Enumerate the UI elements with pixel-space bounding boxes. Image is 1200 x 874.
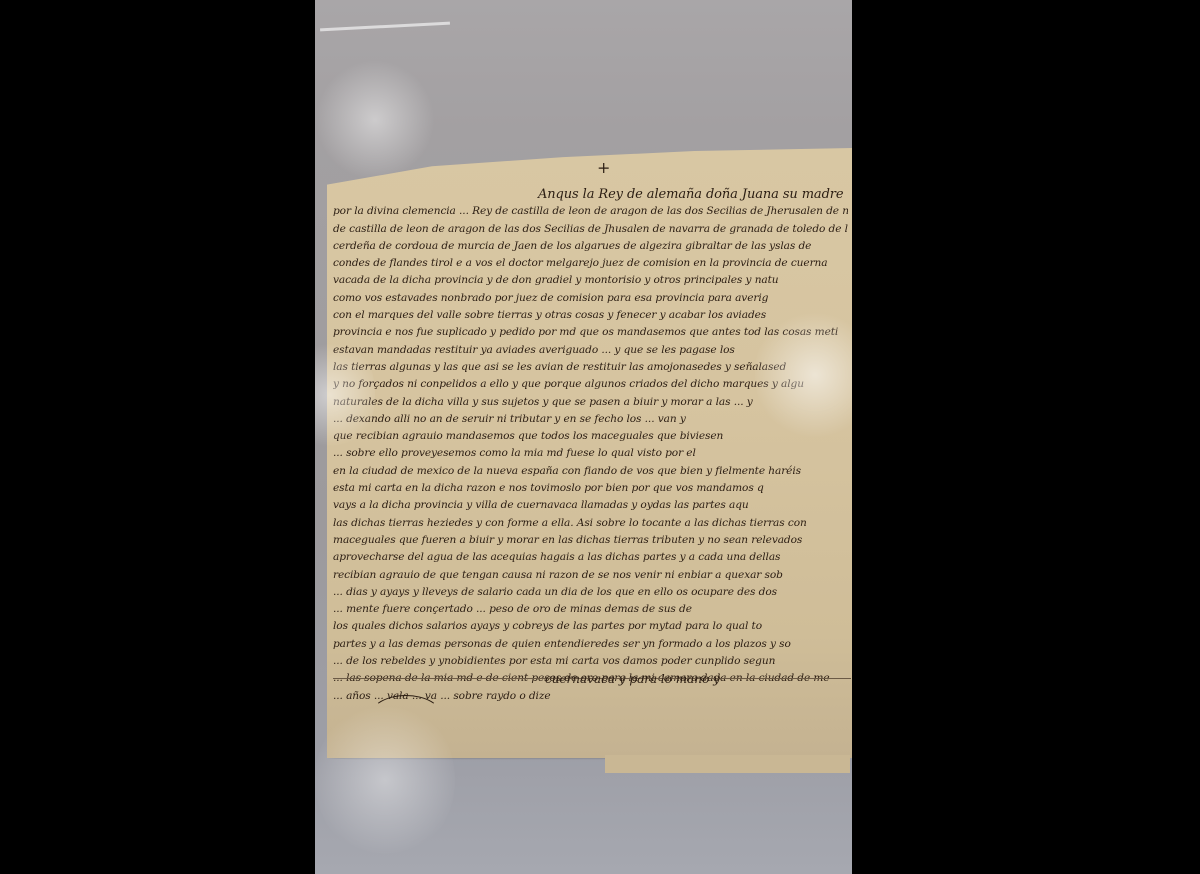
- manuscript-line: que recibian agrauio mandasemos que todo…: [333, 428, 848, 445]
- manuscript-line: ... mente fuere conçertado ... peso de o…: [333, 601, 848, 618]
- manuscript-line: cerdeña de cordoua de murcia de Jaen de …: [333, 238, 848, 255]
- manuscript-line: Anqus la Rey de alemaña doña Juana su ma…: [333, 186, 848, 203]
- manuscript-text: Anqus la Rey de alemaña doña Juana su ma…: [333, 186, 848, 705]
- manuscript-line: como vos estavades nonbrado por juez de …: [333, 290, 848, 307]
- glass-reflection: [320, 22, 450, 32]
- manuscript-line: por la divina clemencia ... Rey de casti…: [333, 203, 848, 220]
- manuscript-line: esta mi carta en la dicha razon e nos to…: [333, 480, 848, 497]
- manuscript-line: recibian agrauio de que tengan causa ni …: [333, 567, 848, 584]
- display-case-glass: + Anqus la Rey de alemaña doña Juana su …: [315, 0, 852, 874]
- manuscript-line: de castilla de leon de aragon de las dos…: [333, 221, 848, 238]
- glass-glare: [315, 60, 435, 180]
- manuscript-line: vays a la dicha provincia y villa de cue…: [333, 497, 848, 514]
- manuscript-line: condes de flandes tirol e a vos el docto…: [333, 255, 848, 272]
- manuscript-line: con el marques del valle sobre tierras y…: [333, 307, 848, 324]
- manuscript-line: las dichas tierras heziedes y con forme …: [333, 515, 848, 532]
- manuscript-line: ... dias y ayays y lleveys de salario ca…: [333, 584, 848, 601]
- paper-torn-edge: [605, 755, 850, 773]
- manuscript-line: maceguales que fueren a biuir y morar en…: [333, 532, 848, 549]
- manuscript-line: aprovecharse del agua de las acequias ha…: [333, 549, 848, 566]
- manuscript-line: ... sobre ello proveyesemos como la mia …: [333, 445, 848, 462]
- cross-mark-icon: +: [597, 158, 610, 177]
- manuscript-line: ... de los rebeldes y ynobidientes por e…: [333, 653, 848, 670]
- manuscript-line: vacada de la dicha provincia y de don gr…: [333, 272, 848, 289]
- manuscript-line: partes y a las demas personas de quien e…: [333, 636, 848, 653]
- manuscript-footer-line: cuernavaca y para lo mano y: [545, 672, 852, 686]
- manuscript-line: los quales dichos salarios ayays y cobre…: [333, 618, 848, 635]
- manuscript-line: en la ciudad de mexico de la nueva españ…: [333, 463, 848, 480]
- glass-glare: [315, 700, 455, 860]
